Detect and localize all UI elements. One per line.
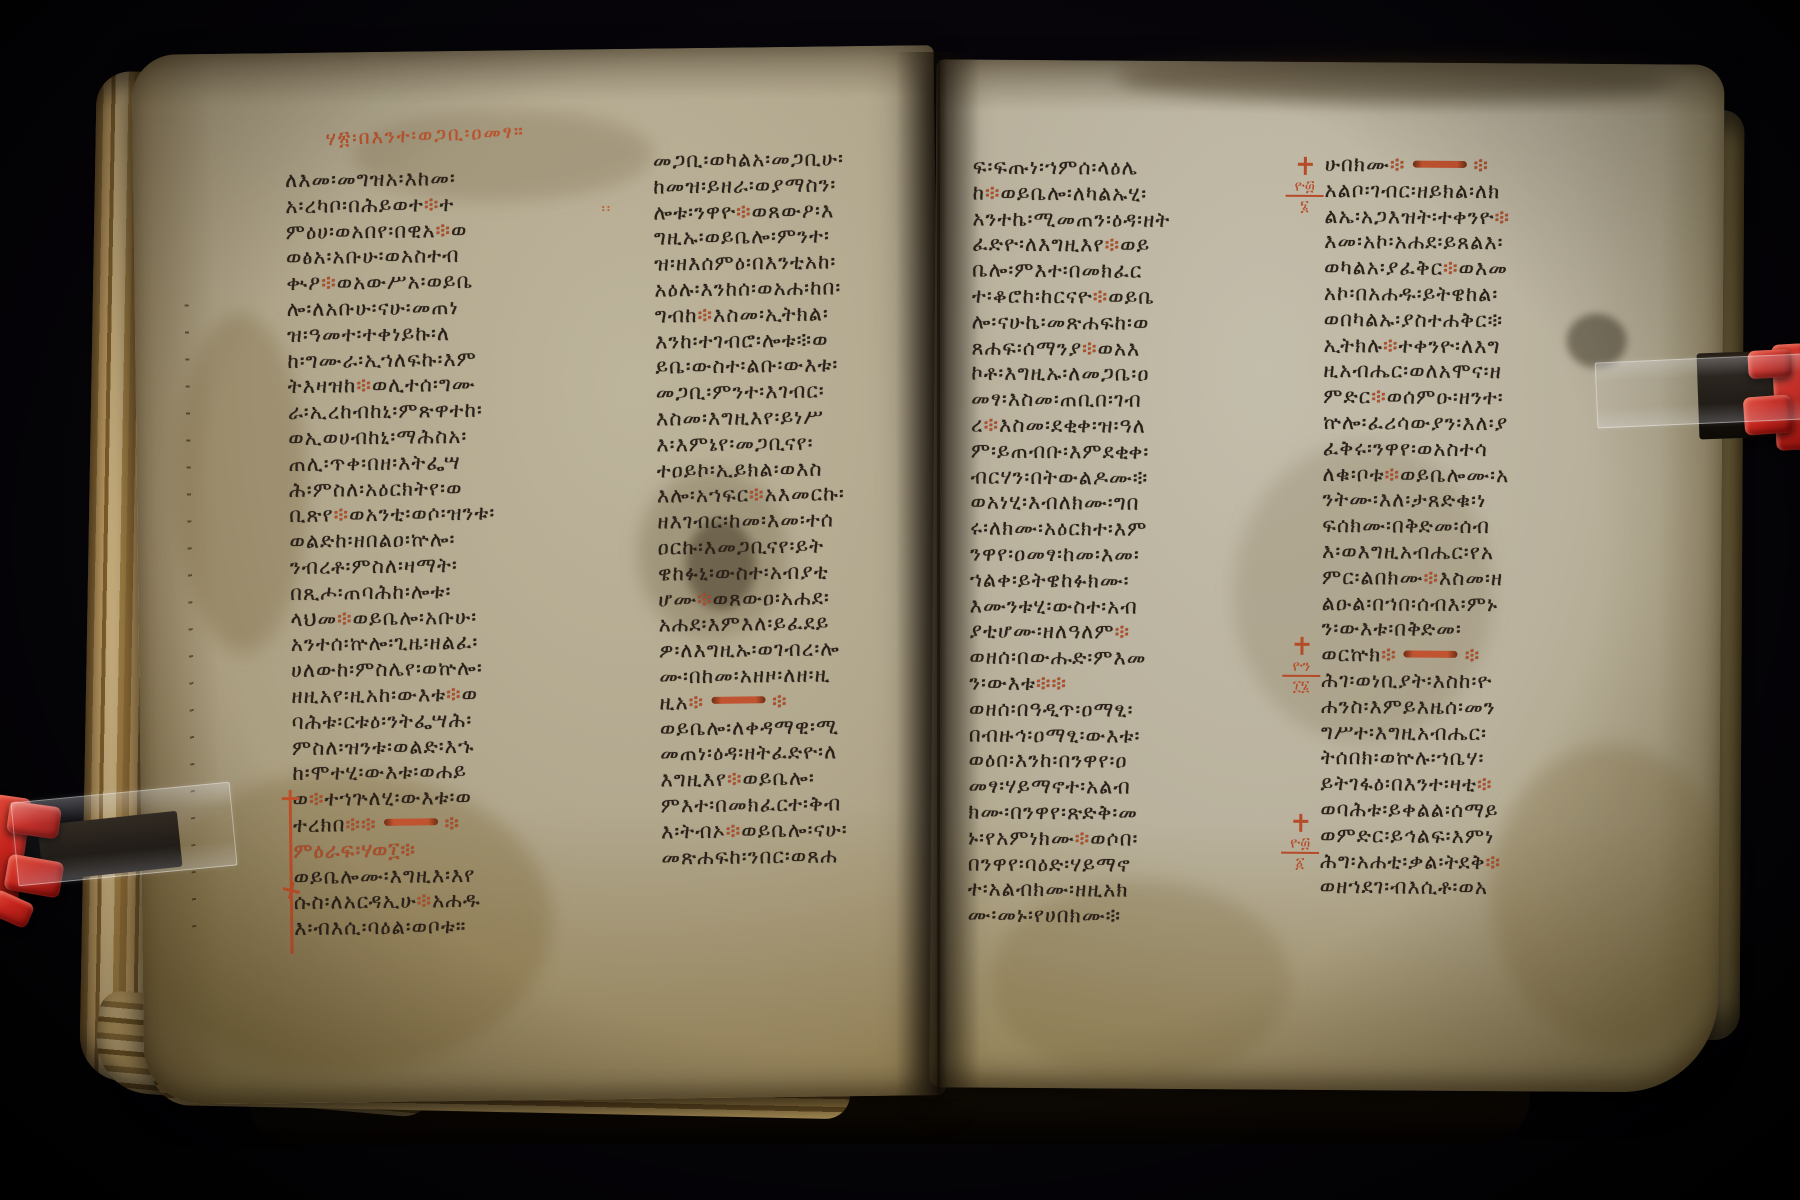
text-line: ወልድከ፡ዘበልዐ፡ኵሎ፡ [289, 525, 611, 555]
text-line: እ፡ትብኦ፨ወይቤሎ፡ናሁ፡ [661, 815, 973, 845]
photo-scene: ሃ፳፡በእንተ፡ወጋቢ፡ዐመፃ። ፡፡ ለእመ፡መግዝአ፡እከመ፡አ፡ረካቦ፡በ… [0, 0, 1800, 1200]
text-line: ግዚኡ፡ወይቤሎ፡ምንተ፡ [654, 222, 966, 252]
text-line: ዝ፡ዘእሰምዕ፡በእንቲአከ፡ [654, 248, 966, 278]
text-line: ለቁ፡ቦቱ፨ወይቤሎሙ፡አ [1323, 462, 1657, 490]
text-line: ወካልአ፡ያፈቅር፨ወእመ [1324, 255, 1658, 283]
text-line: ዚአ፨፨ [659, 686, 971, 716]
text-line: ይቤ፡ውስተ፡ልቡ፡ውእቱ፡ [655, 351, 967, 381]
text-line: ቊዖ፨ወአውሥአ፡ወይቤ [286, 267, 608, 297]
text-line: እስመ፡እግዚእየ፡ይነሥ [656, 403, 968, 433]
stain [1116, 55, 1676, 105]
text-line: መጠነ፡ዕዳ፡ዘትፈድዮ፡ለ [660, 738, 972, 768]
cross-icon [1294, 637, 1309, 655]
text-line: ከ፡ግሙራ፡ኢኀለፍኩ፡እም [287, 345, 609, 375]
text-line: ወምድር፡ይኅልፍ፡እምነ [1320, 823, 1654, 851]
text-line: ወበካልኡ፡ያስተሐቅር፨ [1324, 307, 1658, 335]
text-line: ሕ፡ምስለ፡አዕርክትየ፡ወ [289, 474, 611, 504]
text-line: ላህመ፨ወይቤሎ፡አቡሁ፡ [290, 603, 612, 633]
text-line: አሐደ፡እምእለ፡ይፈደይ [658, 609, 970, 639]
text-line: ሕገ፡ወነቢያት፡እስከ፡ዮ [1321, 668, 1655, 696]
text-line: ኮቶ፡እግዚኡ፡ለመጋቤ፡ዐ [971, 361, 1286, 389]
text-line: ምዕራፍ፡ሃወ፲፨ [293, 835, 615, 865]
cross-icon [282, 790, 299, 807]
text-line: ከ፡ሞተሂ፡ውእቱ፡ወሐይ [292, 757, 614, 787]
text-line: እግዚእየ፨ወይቤሎ፡ [660, 764, 972, 794]
text-line: አኮ፡በአሐዱ፡ይትዌከል፡ [1324, 281, 1658, 309]
text-line: ራ፡ኢረከብከኒ፡ምጽዋተከ፡ [288, 396, 610, 426]
text-line: ተ፡አልብክሙ፡ዘዚአክ [968, 877, 1283, 905]
text-line: ፈቅሩ፡ንዋየ፡ወአስተሳ [1323, 436, 1657, 464]
text-line: ረ፨እስመ፡ደቂቀ፡ዝ፡ዓለ [971, 412, 1286, 440]
cross-icon [1293, 814, 1308, 832]
text-line: ሎ፡ለአቡሁ፡ናሁ፡መጠነ [287, 293, 609, 323]
text-line: ም፡ይጠብቡ፡እምደቂቀ፡ [971, 438, 1286, 466]
text-line: ፈድዮ፡ለእግዚእየ፨ወይ [972, 232, 1287, 260]
text-line: ሐንስ፡እምይእዜሰ፡መን [1321, 694, 1655, 722]
text-line: ወዘሰ፡በውሑድ፡ምእመ [969, 645, 1284, 673]
text-line: ወዘኀደገ፡ብእሲቶ፡ወአ [1320, 874, 1654, 902]
text-line: እሎ፡አኀፍር፨አእመርኩ፡ [657, 480, 969, 510]
text-line: እሙንቱሂ፡ውስተ፡አብ [970, 593, 1285, 621]
text-line: ወይቤሎሙ፡እግዚእ፡እየ [294, 861, 616, 891]
left-page: ሃ፳፡በእንተ፡ወጋቢ፡ዐመፃ። ፡፡ ለእመ፡መግዝአ፡እከመ፡አ፡ረካቦ፡በ… [132, 45, 947, 1105]
text-line: ሱስ፡ለአርዳኢሁ፨አሐዱ [294, 886, 616, 916]
margin-canon-note: ዮን፲፮ [1282, 637, 1320, 694]
cross-icon [281, 880, 301, 900]
text-line: ፍሰክሙ፡በቅድመ፡ሰብ [1322, 513, 1656, 541]
text-line: አዕሉ፡እንከሰ፡ወአሐ፡ከበ፡ [654, 274, 966, 304]
margin-canon-note: ዮ፴፩ [1281, 814, 1319, 871]
text-line: ቢጽየ፨ወአንቲ፡ወሶ፡ዝንቱ፡ [289, 499, 611, 529]
right-page: ፍ፡ፍጡነ፡ኀምሰ፡ላዕሌከ፨ወይቤሎ፡ለካልኡሂ፡አንተኬ፡ሚመጠን፡ዕዳ፡ዘ… [929, 59, 1724, 1092]
text-line: ብርሃን፡በትውልዶሙ፨ [971, 464, 1286, 492]
ornament-staff [289, 804, 294, 954]
text-line: መጋቢ፡ወካልአ፡መጋቢሁ፡ [653, 145, 965, 175]
text-line: ሆሙ፨ወጸውዐ፡አሐደ፡ [658, 583, 970, 613]
text-line: ኀልቀ፡ይትዌከፉክሙ፡ [970, 567, 1285, 595]
text-line: ምስለ፡ዝንቱ፡ወልድ፡እኁ [292, 732, 614, 762]
text-line: ፍ፡ፍጡነ፡ኀምሰ፡ላዕሌ [973, 155, 1288, 183]
canon-subnumber: ፩ [1281, 854, 1319, 871]
text-line: ዌከፉኒ፡ውስተ፡አብያቲ [658, 557, 970, 587]
text-line: ተረክበ፨፨፨ [293, 809, 615, 839]
text-line: እመ፡አኮ፡አሐደ፡ይጸልእ፡ [1324, 229, 1658, 257]
text-line: ንብረቶ፡ምስለ፡ዛማት፡ [290, 551, 612, 581]
text-line: ወርኵክ፨፨ [1321, 642, 1655, 670]
text-line: መፃ፡እስመ፡ጠቢበ፡ገብ [971, 387, 1286, 415]
text-line: ልኤ፡አጋእዝት፡ተቀንዮ፨ [1324, 204, 1658, 232]
text-line: ሙ፡መኑ፡የሀበክሙ፨ [968, 903, 1283, 931]
text-line: ትእዛዝከ፨ወሊተሰ፡ግሙ [288, 370, 610, 400]
text-line: ምእተ፡በመክፈርተ፡ቅብ [661, 790, 973, 820]
canon-subnumber: ፲፮ [1282, 677, 1320, 694]
text-line: ዘዚአየ፡ዚአከ፡ውእቱ፨ወ [291, 680, 613, 710]
text-line: አንተሰ፡ኵሎ፡ጊዜ፡ዘልፈ፡ [291, 628, 613, 658]
page-title-rubric: ሃ፳፡በእንተ፡ወጋቢ፡ዐመፃ። [325, 120, 525, 150]
text-line: ግብከ፨እስመ፡ኢትክል፡ [655, 300, 967, 330]
gutter-crease [937, 60, 940, 1090]
text-line: ተዐይኮ፡ኢይክል፡ወእስ [657, 454, 969, 484]
text-line: ያቲሆሙ፡ዘለዓለም፨ [970, 619, 1285, 647]
text-line: አልቦ፡ገብር፡ዘይክል፡ለክ [1325, 178, 1659, 206]
text-line: ኢትክሉ፨ተቀንዮ፡ለእግ [1324, 333, 1658, 361]
text-line: ንዋየ፡ዐመፃ፡ከመ፡እመ፡ [970, 541, 1285, 569]
text-line: ዐርኩ፡እመጋቢናየ፡ይት [658, 532, 970, 562]
text-line: መጋቢ፡ምንተ፡እገብር፡ [656, 377, 968, 407]
text-line: ወይቤሎ፡ለቀዳማዊ፡ሚ [660, 712, 972, 742]
text-line: ወዘሰ፡በዓዲጥ፡ዐማፂ፡ [969, 696, 1284, 724]
text-line: እ፡ብእሲ፡ባዕል፡ወቦቱ። [294, 912, 616, 942]
text-line: ለእመ፡መግዝአ፡እከመ፡ [285, 164, 607, 194]
text-line: ጠሊ፡ጥቀ፡በዘ፡እትፌሣ [288, 448, 610, 478]
text-line: በጺሖ፡ጠባሕከ፡ሎቱ፡ [290, 577, 612, 607]
text-line: ግሥተ፡እግዚአብሔር፡ [1321, 719, 1655, 747]
text-line: ይትገፋዕ፡በእንተ፡ዛቲ፨ [1320, 771, 1654, 799]
text-line: ልዑል፡በኀበ፡ሰብእ፡ምኑ [1322, 591, 1656, 619]
text-line: ዝ፡ዓመተ፡ተቀነይኩ፡ለ [287, 319, 609, 349]
rubric-divider-bar [1412, 160, 1466, 167]
text-line: ወዕበ፡እንከ፡በንዋየ፡ዐ [969, 748, 1284, 776]
text-line: ሕግ፡አሐቲ፡ቃል፡ትደቅ፨ [1320, 848, 1654, 876]
text-line: ወ፨ተኀጕለሂ፡ውእቱ፡ወ [293, 783, 615, 813]
text-line: ወአነሂ፡እብለክሙ፡ግበ [970, 490, 1285, 518]
text-line: ምዕሀ፡ወአበየ፡በዊአ፨ወ [286, 216, 608, 246]
text-line: ምር፡ልበክሙ፨እስመ፡ዘ [1322, 565, 1656, 593]
canon-number: ዮ፴ [1281, 835, 1319, 854]
right-page-column-2: ሁበክሙ፨፨አልቦ፡ገብር፡ዘይክል፡ለክልኤ፡አጋእዝት፡ተቀንዮ፨እመ፡አኮ… [1320, 152, 1659, 902]
text-line: ሎ፡ናሁኬ፡መጽሐፍከ፡ወ [972, 309, 1287, 337]
cross-icon [1297, 157, 1312, 175]
text-line: ባሕቱ፡ርቱዕ፡ንትፌሣሕ፡ [292, 706, 614, 736]
text-line: ኑ፡የአምነክሙ፨ወሶበ፡ [968, 825, 1283, 853]
clip-acrylic-strip [1595, 353, 1800, 428]
canon-number: ዮን [1282, 658, 1320, 677]
text-line: ሁበክሙ፨፨ [1325, 152, 1659, 180]
text-line: ን፡ውእቱ፨፨ [969, 670, 1284, 698]
text-line: ቤሎ፡ምእተ፡በመክፈር [972, 258, 1287, 286]
text-line: ወባሕቱ፡ይቀልል፡ሰማይ [1320, 797, 1654, 825]
text-line: እ፡እምኔየ፡መጋቢናየ፡ [656, 429, 968, 459]
canon-subnumber: ፮ [1286, 197, 1324, 214]
text-line: ሎቱ፡ንዋዮ፨ወጸውዖ፡እ [653, 196, 965, 226]
text-line: መፃ፡ሃይማኖተ፡አልብ [968, 774, 1283, 802]
text-line: ንትሙ፡እለ፡ታጸድቁ፡ነ [1322, 487, 1656, 515]
text-line: ጸሐፍ፡ሰማንያ፨ወአእ [971, 335, 1286, 363]
text-line: ሀለውከ፡ምስሌየ፡ወኵሎ፡ [291, 654, 613, 684]
text-line: ክሙ፡በንዋየ፡ጽድቅ፡መ [968, 799, 1283, 827]
text-line: ዘእገብር፡ከመ፡እመ፡ተሰ [657, 506, 969, 536]
text-line: እ፡ወእግዚአብሔር፡የአ [1322, 539, 1656, 567]
text-line: ዎ፡ለእግዚኡ፡ወገብረ፡ሎ [659, 635, 971, 665]
canon-number: ዮ፴ [1286, 178, 1324, 197]
right-page-column-1: ፍ፡ፍጡነ፡ኀምሰ፡ላዕሌከ፨ወይቤሎ፡ለካልኡሂ፡አንተኬ፡ሚመጠን፡ዕዳ፡ዘ… [968, 155, 1288, 931]
text-line: በንዋየ፡ባዕድ፡ሃይማኖ [968, 851, 1283, 879]
text-line: ወኢወሀብከኒ፡ማሕስአ፡ [288, 422, 610, 452]
left-page-column-1: ለእመ፡መግዝአ፡እከመ፡አ፡ረካቦ፡በሕይወተ፨ተምዕሀ፡ወአበየ፡በዊአ፨ወ… [285, 164, 616, 942]
chapter-ornament-rubric [281, 790, 303, 968]
text-line: ን፡ውእቱ፡በቅድመ፡ [1322, 616, 1656, 644]
text-line: በብዙኅ፡ዐማፂ፡ውእቱ፡ [969, 722, 1284, 750]
text-line: ከ፨ወይቤሎ፡ለካልኡሂ፡ [973, 180, 1288, 208]
text-line: አ፡ረካቦ፡በሕይወተ፨ተ [285, 190, 607, 220]
text-line: ከመዝ፡ይዘራ፡ወያማስን፡ [653, 171, 965, 201]
rubric-divider-bar [384, 819, 438, 827]
text-line: አንተኬ፡ሚመጠን፡ዕዳ፡ዘት [972, 206, 1287, 234]
text-line: ሙ፡በከመ፡አዘዞ፡ለዘ፡ዚ [659, 661, 971, 691]
margin-canon-note: ዮ፴፮ [1286, 157, 1324, 214]
text-line: ትሰበክ፡ወኵሉ፡ኀቤሃ፡ [1321, 745, 1655, 773]
rubric-divider-bar [1404, 650, 1458, 657]
text-line: መጽሐፍከ፡ንበር፡ወጸሐ [661, 841, 973, 871]
text-line: ተ፡ቆሮከ፡ከርናዮ፨ወይቤ [972, 283, 1287, 311]
left-page-column-2: መጋቢ፡ወካልአ፡መጋቢሁ፡ከመዝ፡ይዘራ፡ወያማስን፡ሎቱ፡ንዋዮ፨ወጸውዖ፡… [653, 145, 974, 871]
rubric-divider-bar [711, 696, 765, 704]
text-line: እንከ፡ተገብሮ፡ሎቱ፨ወ [655, 325, 967, 355]
marginalia-container: ዮ፴፮ዮን፲፮ዮ፴፩ [937, 59, 1725, 65]
text-line: ወፅአ፡አቡሁ፡ወአስተብ [286, 242, 608, 272]
text-line: ሩ፡ለክሙ፡አዕርክተ፡እም [970, 516, 1285, 544]
